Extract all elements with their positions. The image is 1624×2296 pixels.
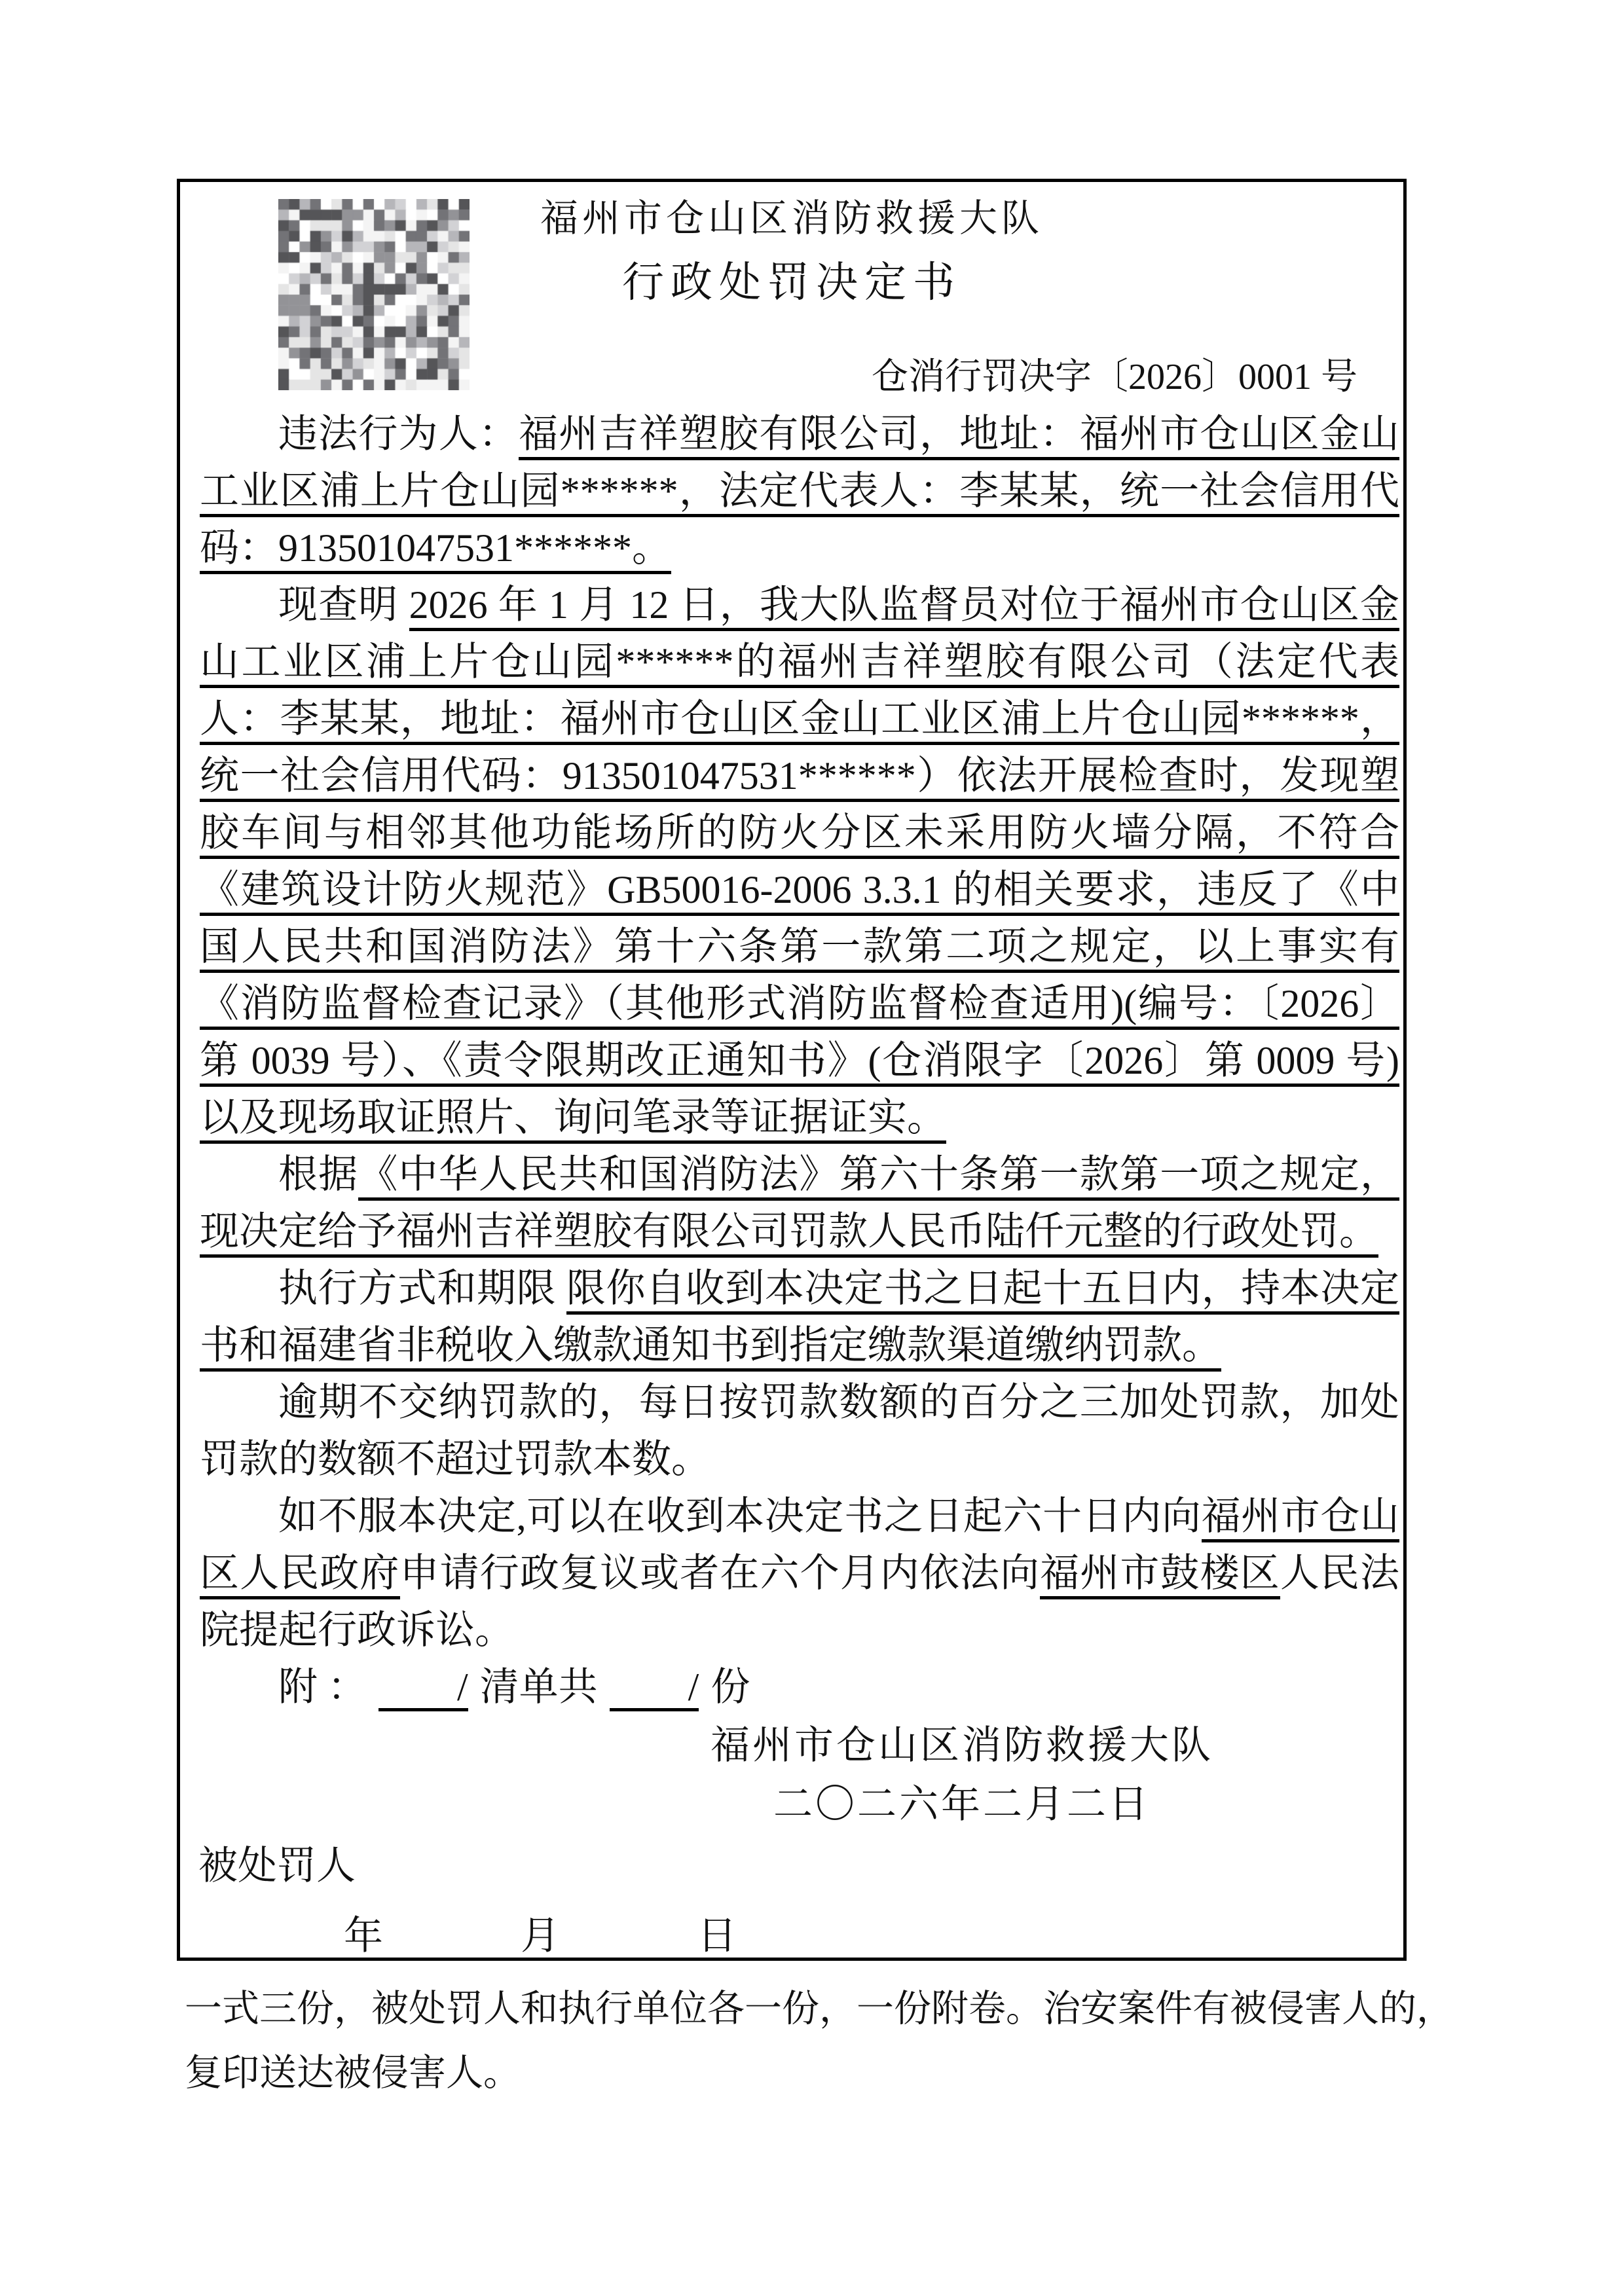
page: 福州市仓山区消防救援大队 行政处罚决定书 仓消行罚决字〔2026〕0001 号 …: [0, 0, 1624, 2296]
month-label: 月: [521, 1914, 560, 1958]
attachment-suffix-label: 份: [710, 1666, 750, 1709]
signature-org: 福州市仓山区消防救援大队: [710, 1716, 1213, 1775]
body-paragraph: 违法行为人：福州吉祥塑胶有限公司，地址：福州市仓山区金山工业区浦上片仓山园***…: [200, 406, 1399, 577]
body-paragraph: 逾期不交纳罚款的，每日按罚款数额的百分之三加处罚款，加处罚款的数额不超过罚款本数…: [200, 1374, 1399, 1488]
document-border-box: 福州市仓山区消防救援大队 行政处罚决定书 仓消行罚决字〔2026〕0001 号 …: [177, 179, 1407, 1961]
plain-text: 现查明: [278, 583, 409, 627]
attachment-blank-2: /: [610, 1666, 699, 1711]
attachment-label: 附 ：: [278, 1666, 367, 1709]
underlined-text: 2026 年 1 月 12 日，我大队监督员对位于福州市仓山区金山工业区浦上片仓…: [200, 583, 1399, 1144]
year-label: 年: [344, 1914, 383, 1958]
plain-text: 如不服本决定,可以在收到本决定书之日起六十日内向: [278, 1495, 1202, 1538]
body-paragraph: 如不服本决定,可以在收到本决定书之日起六十日内向福州市仓山区人民政府申请行政复议…: [200, 1488, 1399, 1659]
body-paragraph: 现查明 2026 年 1 月 12 日，我大队监督员对位于福州市仓山区金山工业区…: [200, 577, 1399, 1146]
attachment-blank-1: /: [378, 1666, 468, 1711]
date-blank-line: 年月日: [180, 1908, 1403, 1965]
underlined-text: 《中华人民共和国消防法》第六十条第一款第一项之规定，现决定给予福州吉祥塑胶有限公…: [200, 1153, 1399, 1258]
plain-text: 执行方式和期限: [278, 1267, 566, 1310]
day-label: 日: [697, 1914, 737, 1958]
body-paragraph: 执行方式和期限 限你自收到本决定书之日起十五日内，持本决定书和福建省非税收入缴款…: [200, 1260, 1399, 1374]
plain-text: 根据: [278, 1153, 358, 1196]
footer-note: 一式三份，被处罚人和执行单位各一份，一份附卷。治安案件有被侵害人的，复印送达被侵…: [185, 1977, 1462, 2105]
body-paragraph: 根据《中华人民共和国消防法》第六十条第一款第一项之规定，现决定给予福州吉祥塑胶有…: [200, 1146, 1399, 1260]
signature-block: 福州市仓山区消防救援大队 二〇二六年二月二日: [710, 1716, 1213, 1834]
plain-text: 逾期不交纳罚款的，每日按罚款数额的百分之三加处罚款，加处罚款的数额不超过罚款本数…: [200, 1381, 1399, 1481]
document-body: 违法行为人：福州吉祥塑胶有限公司，地址：福州市仓山区金山工业区浦上片仓山园***…: [180, 406, 1403, 1659]
attachment-line: 附 ：/清单共/份: [180, 1659, 1403, 1716]
plain-text: 申请行政复议或者在六个月内依法向: [400, 1552, 1041, 1595]
plain-text: 违法行为人：: [278, 412, 519, 456]
signature-date: 二〇二六年二月二日: [710, 1775, 1213, 1834]
attachment-middle-label: 清单共: [480, 1666, 598, 1709]
underlined-text: 福州市鼓楼区: [1040, 1552, 1280, 1599]
qr-code: [278, 199, 470, 390]
punished-person-label: 被处罚人: [180, 1838, 1403, 1895]
